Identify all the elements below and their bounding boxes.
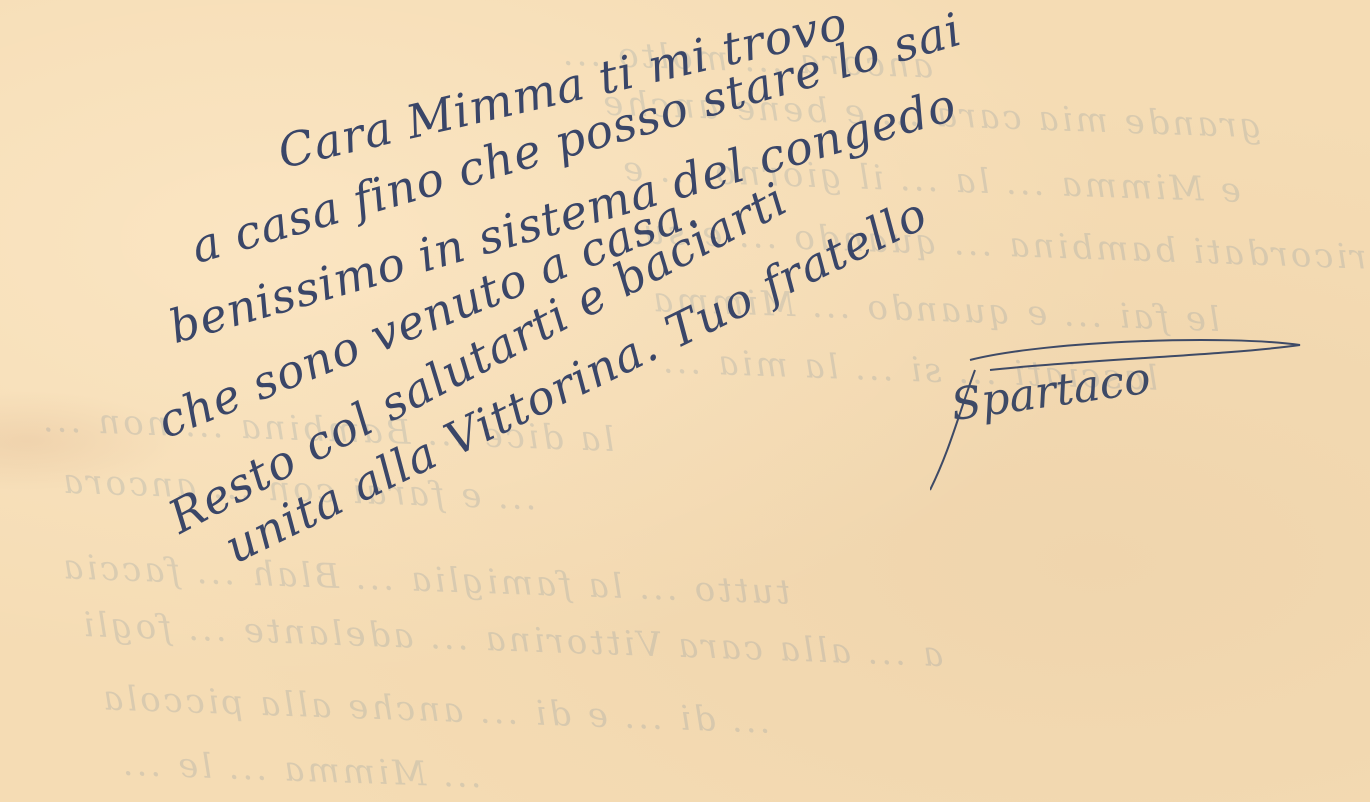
- letter-body: Cara Mimma ti mi trovo a casa fino che p…: [0, 0, 1370, 802]
- signature-flourish-icon: [930, 330, 1310, 500]
- letter-paper: ancora ... molto ... grande mia cara ...…: [0, 0, 1370, 802]
